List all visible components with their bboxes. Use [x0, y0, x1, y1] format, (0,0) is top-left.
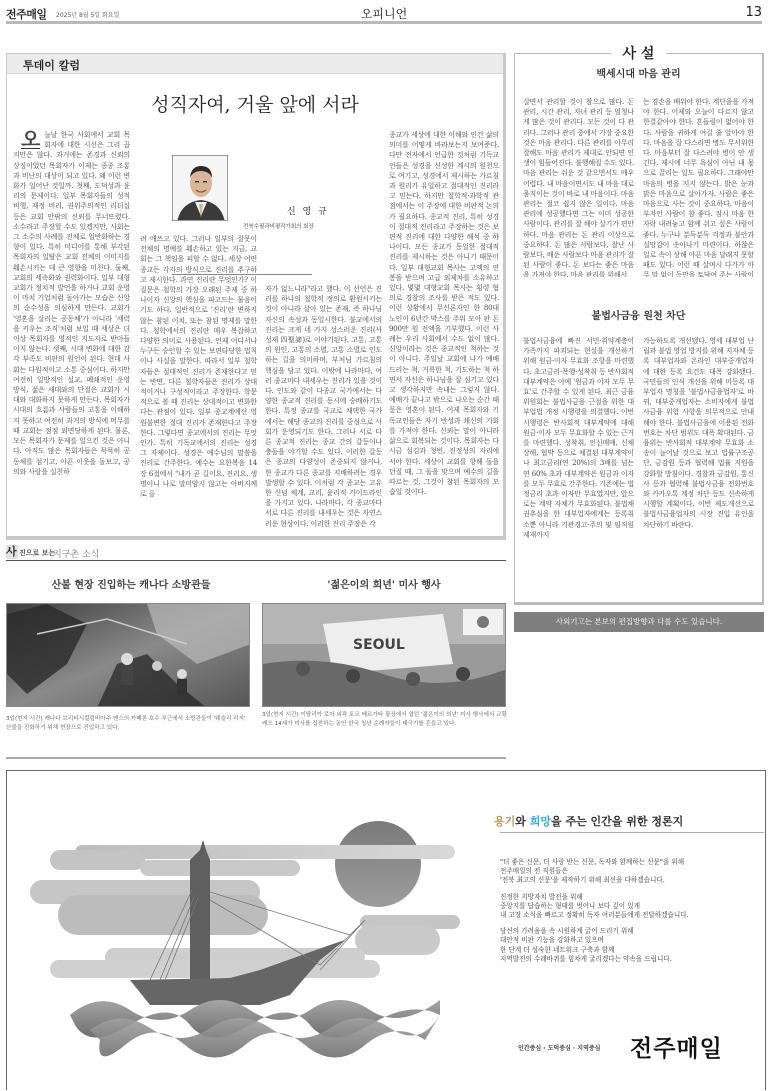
author-name: 신 영 규 [287, 204, 329, 217]
editorial-2-col-2: 가능하도록 개선됐다. 영세 대부업 난립과 불법 영업 방지를 위해 지자체 … [643, 336, 754, 591]
ad-paragraph-3: 당신의 가려움을 속 시원하게 긁어 드리기 위해 대안적 비판 기능을 강화하… [500, 927, 764, 964]
column-text-4: 종교가 세상에 대한 이해와 인간 삶의 의미를 어떻게 바라보는지 보여준다.… [389, 130, 499, 534]
ad-slogan-rule [500, 832, 764, 833]
photo-news-title-1: 산불 현장 진입하는 캐나다 소방관들 [6, 576, 256, 591]
author-photo [172, 155, 228, 221]
photo-news-initial: 사 [6, 545, 18, 559]
author-portrait-icon [173, 156, 228, 221]
ad-paragraph-1: "더 좋은 신문, 더 사랑 받는 신문, 독자와 함께하는 신문"을 위해 전… [500, 858, 764, 886]
mass-event-photo-icon: SEOUL [263, 604, 506, 707]
column-text-2: 려 애쓰고 있다. 그러나 일부의 잘못이 전체의 명예를 훼손하고 있는 지금… [140, 234, 257, 534]
ad-logo: 전주매일 [630, 1030, 723, 1063]
ad-tagline: 인간중심 · 도덕중심 · 지역중심 [518, 1043, 600, 1052]
today-column-header: 투데이 칼럼 [7, 54, 503, 74]
column-text-1: 오늘날 한국 사회에서 교회 목회자에 대한 시선은 그리 곱지만은 않다. 과… [13, 130, 130, 530]
svg-text:SEOUL: SEOUL [353, 637, 405, 653]
editorial-1-col-1: 살면서 관리할 것이 참으로 많다. 돈 관리, 시간 관리, 자녀 관리 등 … [523, 97, 634, 277]
masthead-rule [6, 21, 762, 24]
contribution-notice: 사외기고는 본보의 편집방향과 다를 수도 있습니다. [514, 612, 764, 632]
column-title: 성직자여, 거울 앞에 서라 [7, 90, 503, 117]
editorial-1-col-2: 는 겸손을 배워야 한다. 계단을을 가져야 한다. 어제와 오늘이 다르지 않… [643, 97, 754, 277]
photo-news-bottom-rule [6, 757, 506, 759]
photo-news-label-small: 진으로 보는 [19, 548, 55, 558]
section-title: 오피니언 [6, 5, 762, 22]
ad-body: "더 좋은 신문, 더 사랑 받는 신문, 독자와 함께하는 신문"을 위해 전… [500, 858, 764, 971]
page-number: 13 [745, 5, 762, 20]
author-title: 전북수필과비평작가회의 회장 [243, 222, 314, 230]
wildfire-photo-icon [7, 604, 250, 707]
photo-firefighters [6, 603, 250, 707]
today-column: 투데이 칼럼 성직자여, 거울 앞에 서라 오늘날 한국 사회에서 교회 목회자… [6, 53, 506, 540]
photo-youth-mass: SEOUL [262, 603, 506, 707]
ship-illustration [20, 800, 480, 1070]
ad-paragraph-2: 진정한 지방자치 발전을 위해 중앙지를 답습하는 형태를 벗어나 보다 깊이 … [500, 893, 764, 921]
editorial-title-1: 백세시대 마음 관리 [515, 65, 762, 80]
photo-news-title-2: '젊은이의 희년' 미사 행사 [262, 576, 506, 591]
editorial-title-2: 불법사금융 원천 차단 [515, 307, 762, 322]
photo-news-header: 사 진으로 보는 지구촌 소식 [6, 545, 506, 561]
photo-caption-1: 3일(현지 시간) 캐나다 브리티시컬럼비아주 펜스의 카페론 호수 부근에서 … [6, 715, 252, 733]
pen-ship-icon [20, 800, 480, 1070]
photo-news-label: 지구촌 소식 [53, 547, 99, 560]
today-column-label: 투데이 칼럼 [23, 57, 80, 73]
dropcap: 오 [21, 130, 40, 149]
editorial-label: 사 설 [515, 43, 762, 63]
editorial-box: 사 설 백세시대 마음 관리 살면서 관리할 것이 참으로 많다. 돈 관리, … [514, 53, 764, 605]
ad-slogan: 용기와 희망을 주는 인간을 위한 정론지 [494, 813, 683, 829]
photo-caption-2: 3일(현지 시간) 이탈리아 로마 외곽 토르 베르가타 광장에서 열린 '젊은… [262, 711, 508, 729]
editorial-2-col-1: 불법사금융에 빠진 서민·취약계층이 가족까지 파괴되는 현실을 개선하기 위해… [523, 336, 634, 591]
column-text-3: 자가 없느니라"라고 했다. 이 선언은 진리를 하나의 철학적 정의로 환원시… [265, 284, 382, 534]
